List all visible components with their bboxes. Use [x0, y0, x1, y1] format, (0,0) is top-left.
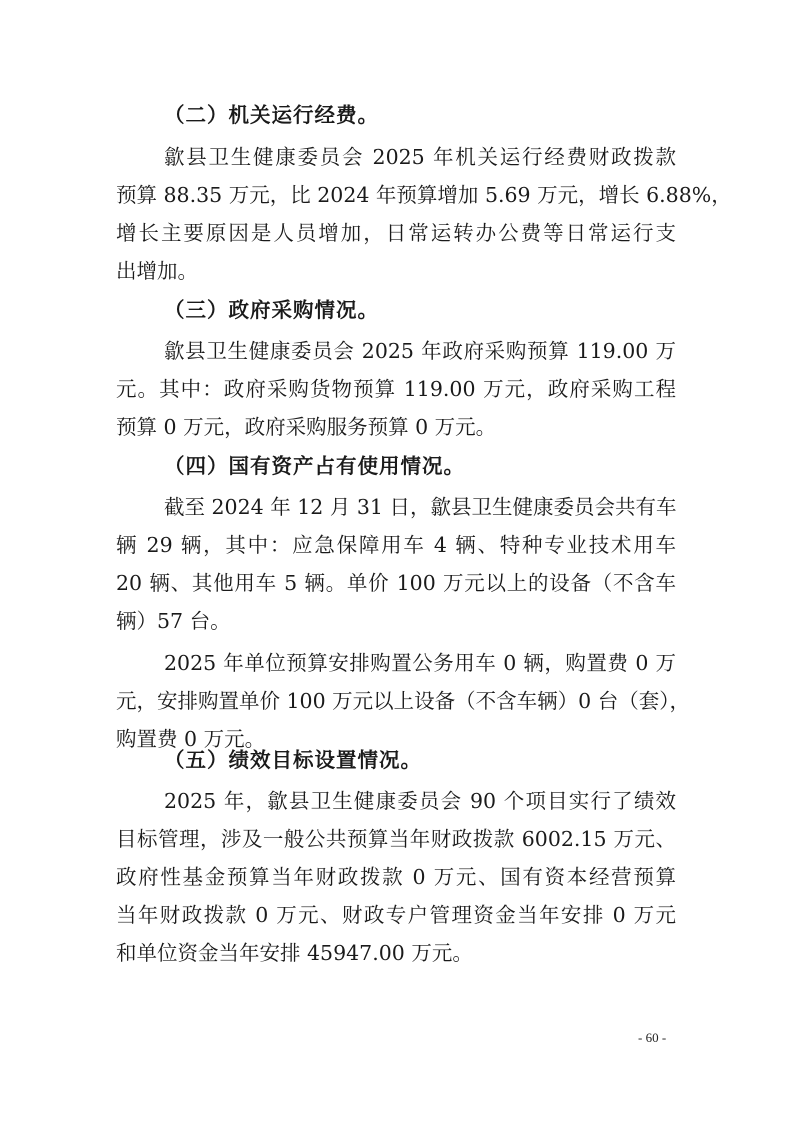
paragraph-line: 当年财政拨款 0 万元、财政专户管理资金当年安排 0 万元	[116, 900, 676, 930]
section-heading-3: （三）政府采购情况。	[164, 295, 379, 325]
paragraph-line: 元，安排购置单价 100 万元以上设备（不含车辆）0 台（套），	[116, 686, 676, 716]
paragraph-line: 预算 88.35 万元，比 2024 年预算增加 5.69 万元，增长 6.88…	[116, 180, 676, 210]
paragraph-line: 辆 29 辆，其中：应急保障用车 4 辆、特种专业技术用车	[116, 530, 676, 560]
paragraph-line: 截至 2024 年 12 月 31 日，歙县卫生健康委员会共有车	[164, 492, 676, 522]
paragraph-line: 辆）57 台。	[116, 606, 676, 636]
paragraph-line: 预算 0 万元，政府采购服务预算 0 万元。	[116, 412, 676, 442]
section-heading-2: （二）机关运行经费。	[164, 100, 379, 130]
paragraph-line: 元。其中：政府采购货物预算 119.00 万元，政府采购工程	[116, 374, 676, 404]
paragraph-line: 增长主要原因是人员增加，日常运转办公费等日常运行支	[116, 218, 676, 248]
paragraph-line: 20 辆、其他用车 5 辆。单价 100 万元以上的设备（不含车	[116, 568, 676, 598]
paragraph-line: 目标管理，涉及一般公共预算当年财政拨款 6002.15 万元、	[116, 824, 676, 854]
paragraph-line: 2025 年，歙县卫生健康委员会 90 个项目实行了绩效	[164, 786, 676, 816]
paragraph-line: 政府性基金预算当年财政拨款 0 万元、国有资本经营预算	[116, 862, 676, 892]
section-heading-4: （四）国有资产占有使用情况。	[164, 451, 465, 481]
paragraph-line: 出增加。	[116, 256, 676, 286]
paragraph-line: 2025 年单位预算安排购置公务用车 0 辆，购置费 0 万	[164, 648, 676, 678]
section-heading-5: （五）绩效目标设置情况。	[164, 745, 422, 775]
paragraph-line: 和单位资金当年安排 45947.00 万元。	[116, 938, 676, 968]
paragraph-line: 歙县卫生健康委员会 2025 年政府采购预算 119.00 万	[164, 336, 676, 366]
page-number: - 60 -	[638, 1030, 666, 1046]
paragraph-line: 歙县卫生健康委员会 2025 年机关运行经费财政拨款	[164, 142, 676, 172]
